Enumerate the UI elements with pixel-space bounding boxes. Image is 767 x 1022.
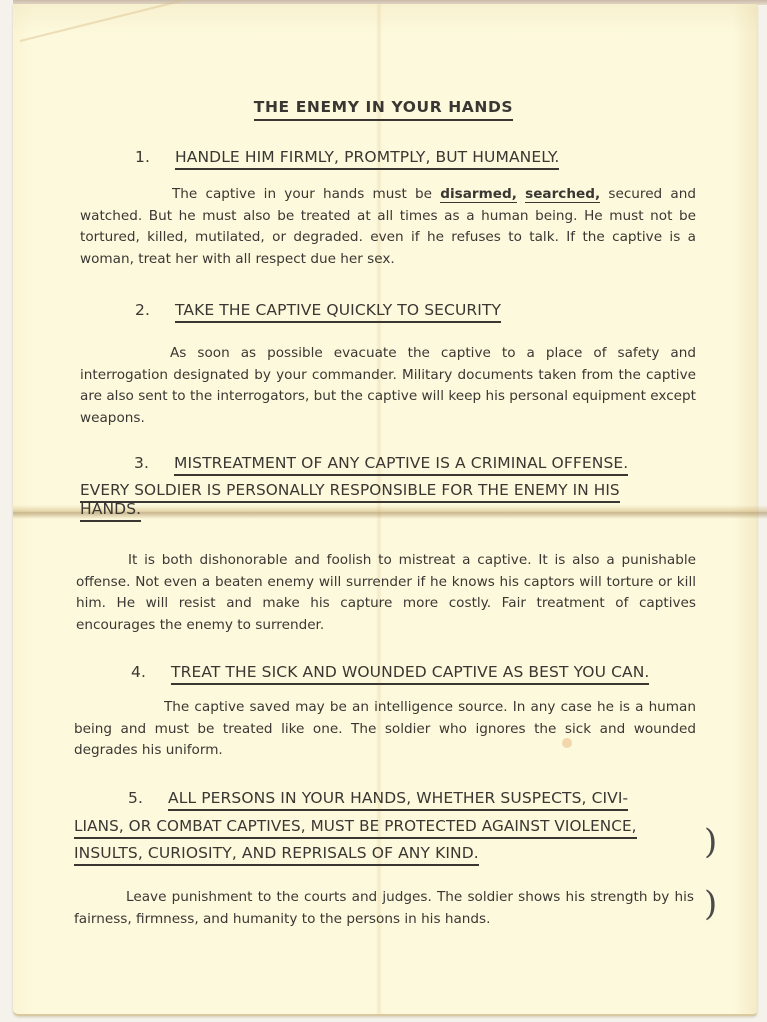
section-4-body: The captive saved may be an intelligence…	[74, 697, 696, 762]
section-1-heading: 1.HANDLE HIM FIRMLY, PROMTPLY, BUT HUMAN…	[135, 144, 559, 171]
section-3-heading-line2: EVERY SOLDIER IS PERSONALLY RESPONSIBLE …	[80, 477, 620, 504]
section-3-heading-line1: 3.MISTREATMENT OF ANY CAPTIVE IS A CRIMI…	[134, 450, 628, 477]
section-number: 5.	[128, 785, 168, 812]
section-heading-text: EVERY SOLDIER IS PERSONALLY RESPONSIBLE …	[80, 481, 620, 503]
section-heading-text: HANDLE HIM FIRMLY, PROMTPLY, BUT HUMANEL…	[175, 148, 559, 170]
section-5-heading-line2: LIANS, OR COMBAT CAPTIVES, MUST BE PROTE…	[74, 813, 637, 840]
section-number: 4.	[131, 659, 171, 686]
section-number: 2.	[135, 297, 175, 324]
margin-bracket-mark: )	[704, 822, 717, 862]
section-heading-text: MISTREATMENT OF ANY CAPTIVE IS A CRIMINA…	[174, 454, 628, 476]
section-3-heading-line3: HANDS.	[80, 496, 141, 523]
section-2-heading: 2.TAKE THE CAPTIVE QUICKLY TO SECURITY	[135, 297, 501, 324]
section-heading-text: TREAT THE SICK AND WOUNDED CAPTIVE AS BE…	[171, 663, 649, 685]
section-1-body: The captive in your hands must be disarm…	[80, 184, 696, 270]
emphasis-disarmed: disarmed,	[440, 186, 517, 203]
section-number: 3.	[134, 450, 174, 477]
emphasis-searched: searched,	[525, 186, 600, 203]
section-3-body: It is both dishonorable and foolish to m…	[76, 550, 696, 636]
margin-bracket-mark: )	[704, 884, 717, 924]
body-text: The captive saved may be an intelligence…	[74, 699, 696, 758]
body-text: The captive in your hands must be	[172, 186, 440, 202]
section-heading-text: LIANS, OR COMBAT CAPTIVES, MUST BE PROTE…	[74, 817, 637, 839]
section-5-heading-line3: INSULTS, CURIOSITY, AND REPRISALS OF ANY…	[74, 840, 479, 867]
section-heading-text: INSULTS, CURIOSITY, AND REPRISALS OF ANY…	[74, 844, 479, 866]
body-text	[517, 186, 525, 202]
section-5-heading-line1: 5.ALL PERSONS IN YOUR HANDS, WHETHER SUS…	[128, 785, 628, 812]
section-heading-text: TAKE THE CAPTIVE QUICKLY TO SECURITY	[175, 301, 501, 323]
section-2-body: As soon as possible evacuate the captive…	[80, 343, 696, 429]
section-4-heading: 4.TREAT THE SICK AND WOUNDED CAPTIVE AS …	[131, 659, 649, 686]
document-title: THE ENEMY IN YOUR HANDS	[0, 98, 767, 116]
section-heading-text: HANDS.	[80, 500, 141, 522]
section-5-body: Leave punishment to the courts and judge…	[74, 887, 694, 930]
section-number: 1.	[135, 144, 175, 171]
body-text: As soon as possible evacuate the captive…	[80, 345, 696, 426]
body-text: Leave punishment to the courts and judge…	[74, 889, 694, 927]
section-heading-text: ALL PERSONS IN YOUR HANDS, WHETHER SUSPE…	[168, 789, 628, 811]
title-text: THE ENEMY IN YOUR HANDS	[254, 98, 513, 121]
body-text: It is both dishonorable and foolish to m…	[76, 552, 696, 633]
